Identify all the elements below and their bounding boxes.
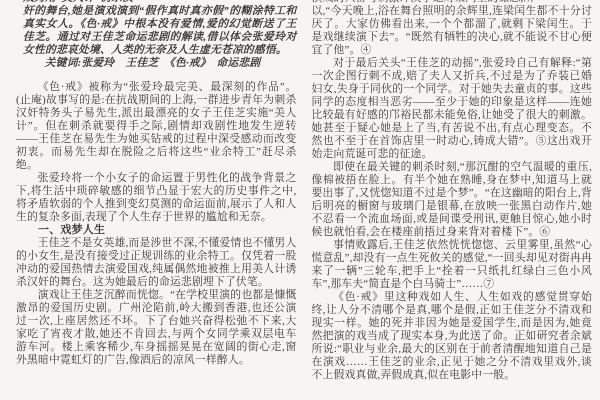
left-column: 成为用“美人计”诱杀汉 奸的舞台,她是演戏演到“假作真时真亦假”的糊涂特工和真实… bbox=[16, 0, 297, 382]
right-column: 演戏的兴奋与刺激冲淡了她对梁闰生的嫌恶,所 以,“今天晚上,浴在舞台照明的余辉里… bbox=[312, 0, 593, 382]
right-paragraph-2: 对于最后关头“王佳芝的动摇”,张爱玲自己有解释:“第一次企图行刺不成,赔了夫人又… bbox=[312, 57, 593, 161]
keywords-line: 关键词:张爱玲 王佳芝 《色·戒》 命运悲剧 bbox=[16, 57, 297, 70]
right-paragraph-1: 以,“今天晚上,浴在舞台照明的余辉里,连梁闰生都不十分讨厌了。大家仿佛看出来,一… bbox=[312, 5, 593, 57]
two-column-layout: 成为用“美人计”诱杀汉 奸的舞台,她是演戏演到“假作真时真亦假”的糊涂特工和真实… bbox=[0, 0, 600, 382]
right-paragraph-4: 事情败露后,王佳芝依然恍恍惚惚、云里雾里,虽然“心慌意乱”,却没有一点生死攸关的… bbox=[312, 239, 593, 291]
intro-paragraph-2: 张爱玲将一个小女子的命运置于男性化的战争背景之下,将生活中琐碎敏感的细节凸显于宏… bbox=[16, 172, 297, 224]
scanned-paper-page: 成为用“美人计”诱杀汉 奸的舞台,她是演戏演到“假作真时真亦假”的糊涂特工和真实… bbox=[0, 0, 600, 400]
section-heading: 一、戏梦人生 bbox=[16, 224, 297, 237]
right-paragraph-3: 即使在最关键的刺杀时刻,“那沉酣的空气温暖的重压,像棉被捂在脸上。有半个她在熟睡… bbox=[312, 161, 593, 239]
intro-paragraph-1: 《色·戒》被称为“张爱玲最完美、最深刻的作品”。(止庵)故事写的是:在抗战期间的… bbox=[16, 81, 297, 172]
right-paragraph-5: 《色·戒》里这种戏如人生、人生如戏的感觉贯穿始终,让人分不清哪个是真,哪个是假,… bbox=[312, 291, 593, 382]
abstract-text: 奸的舞台,她是演戏演到“假作真时真亦假”的糊涂特工和真实女人。《色·戒》中根本没… bbox=[16, 5, 297, 57]
section1-paragraph-1: 王佳芝不是女英雄,而是涉世不深,不懂爱情也不懂男人的小女生,是没有接受过正规训练… bbox=[16, 237, 297, 289]
section1-paragraph-2: 演戏让王佳芝沉醉而恍惚。“在学校里演的也都是慷慨激昂的爱国历史剧。广州沦陷前,岭… bbox=[16, 289, 297, 367]
